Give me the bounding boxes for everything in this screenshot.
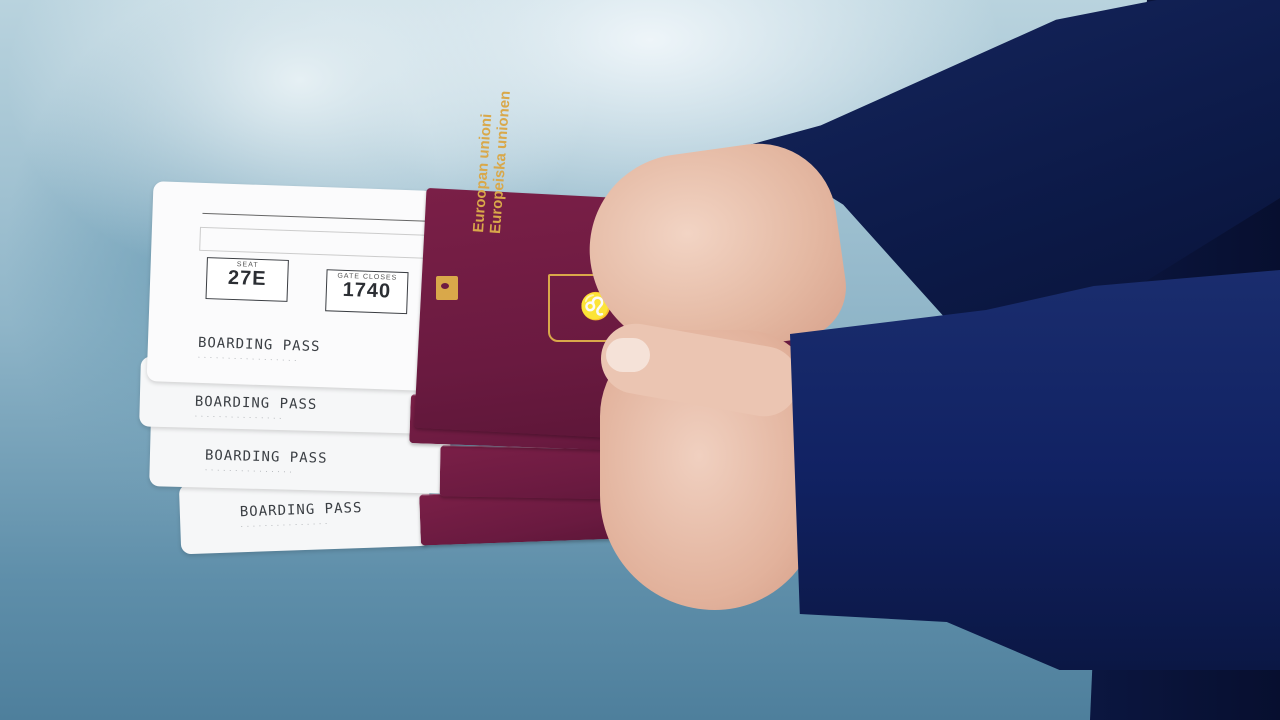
boarding-pass-title: BOARDING PASS [240,500,363,520]
boarding-pass-title: BOARDING PASS [205,448,328,467]
fine-print: · · · · · · · · · · · · · · · [194,414,281,422]
photo-scene: BOARDING PASS · · · · · · · · · · · · · … [0,0,1280,720]
seat-box: SEAT 27E [205,257,288,302]
thumbnail [606,338,650,372]
biometric-chip-icon [436,276,458,300]
boarding-pass-title: BOARDING PASS [198,335,321,355]
boarding-pass-title: BOARDING PASS [195,394,318,413]
fine-print: · · · · · · · · · · · · · · · [240,521,327,530]
lower-sleeve [790,270,1280,670]
field-box [199,227,434,259]
fine-print: · · · · · · · · · · · · · · · · · [197,355,296,364]
gate-closes-value: 1740 [327,279,408,302]
gate-closes-box: GATE CLOSES 1740 [325,269,408,314]
boarding-pass-1: SEAT 27E GATE CLOSES 1740 BOARDING PASS … [147,181,434,391]
seat-value: 27E [207,267,288,290]
divider [202,213,432,222]
fine-print: · · · · · · · · · · · · · · · [204,468,291,476]
